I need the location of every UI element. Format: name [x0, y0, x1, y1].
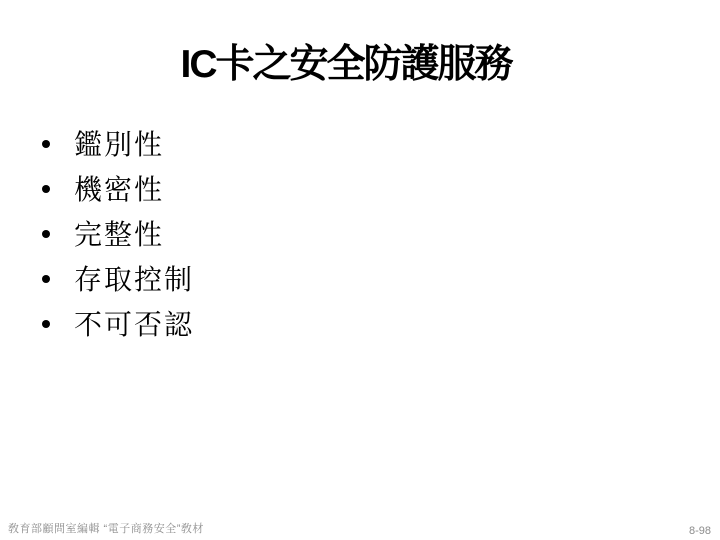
slide-title: IC卡之安全防護服務 — [0, 44, 692, 87]
list-item: 存取控制 — [42, 255, 194, 300]
list-item: 不可否認 — [42, 300, 194, 345]
bullet-dot-icon — [42, 275, 50, 283]
presentation-slide: IC卡之安全防護服務 鑑別性 機密性 完整性 存取控制 不可否認 敎育部顧問室編… — [0, 0, 720, 540]
bullet-dot-icon — [42, 185, 50, 193]
page-number: 8-98 — [689, 525, 711, 537]
bullet-text: 鑑別性 — [74, 123, 164, 163]
bullet-text: 不可否認 — [74, 303, 194, 343]
list-item: 機密性 — [42, 165, 194, 210]
footer-credit: 敎育部顧問室編輯 “電子商務安全”敎材 — [8, 520, 204, 536]
bullet-text: 存取控制 — [74, 258, 194, 298]
bullet-text: 機密性 — [74, 168, 164, 208]
bullet-dot-icon — [42, 320, 50, 328]
list-item: 完整性 — [42, 210, 194, 255]
list-item: 鑑別性 — [42, 120, 194, 165]
bullet-dot-icon — [42, 230, 50, 238]
bullet-dot-icon — [42, 140, 50, 148]
bullet-text: 完整性 — [74, 213, 164, 253]
bullet-list: 鑑別性 機密性 完整性 存取控制 不可否認 — [42, 120, 194, 345]
